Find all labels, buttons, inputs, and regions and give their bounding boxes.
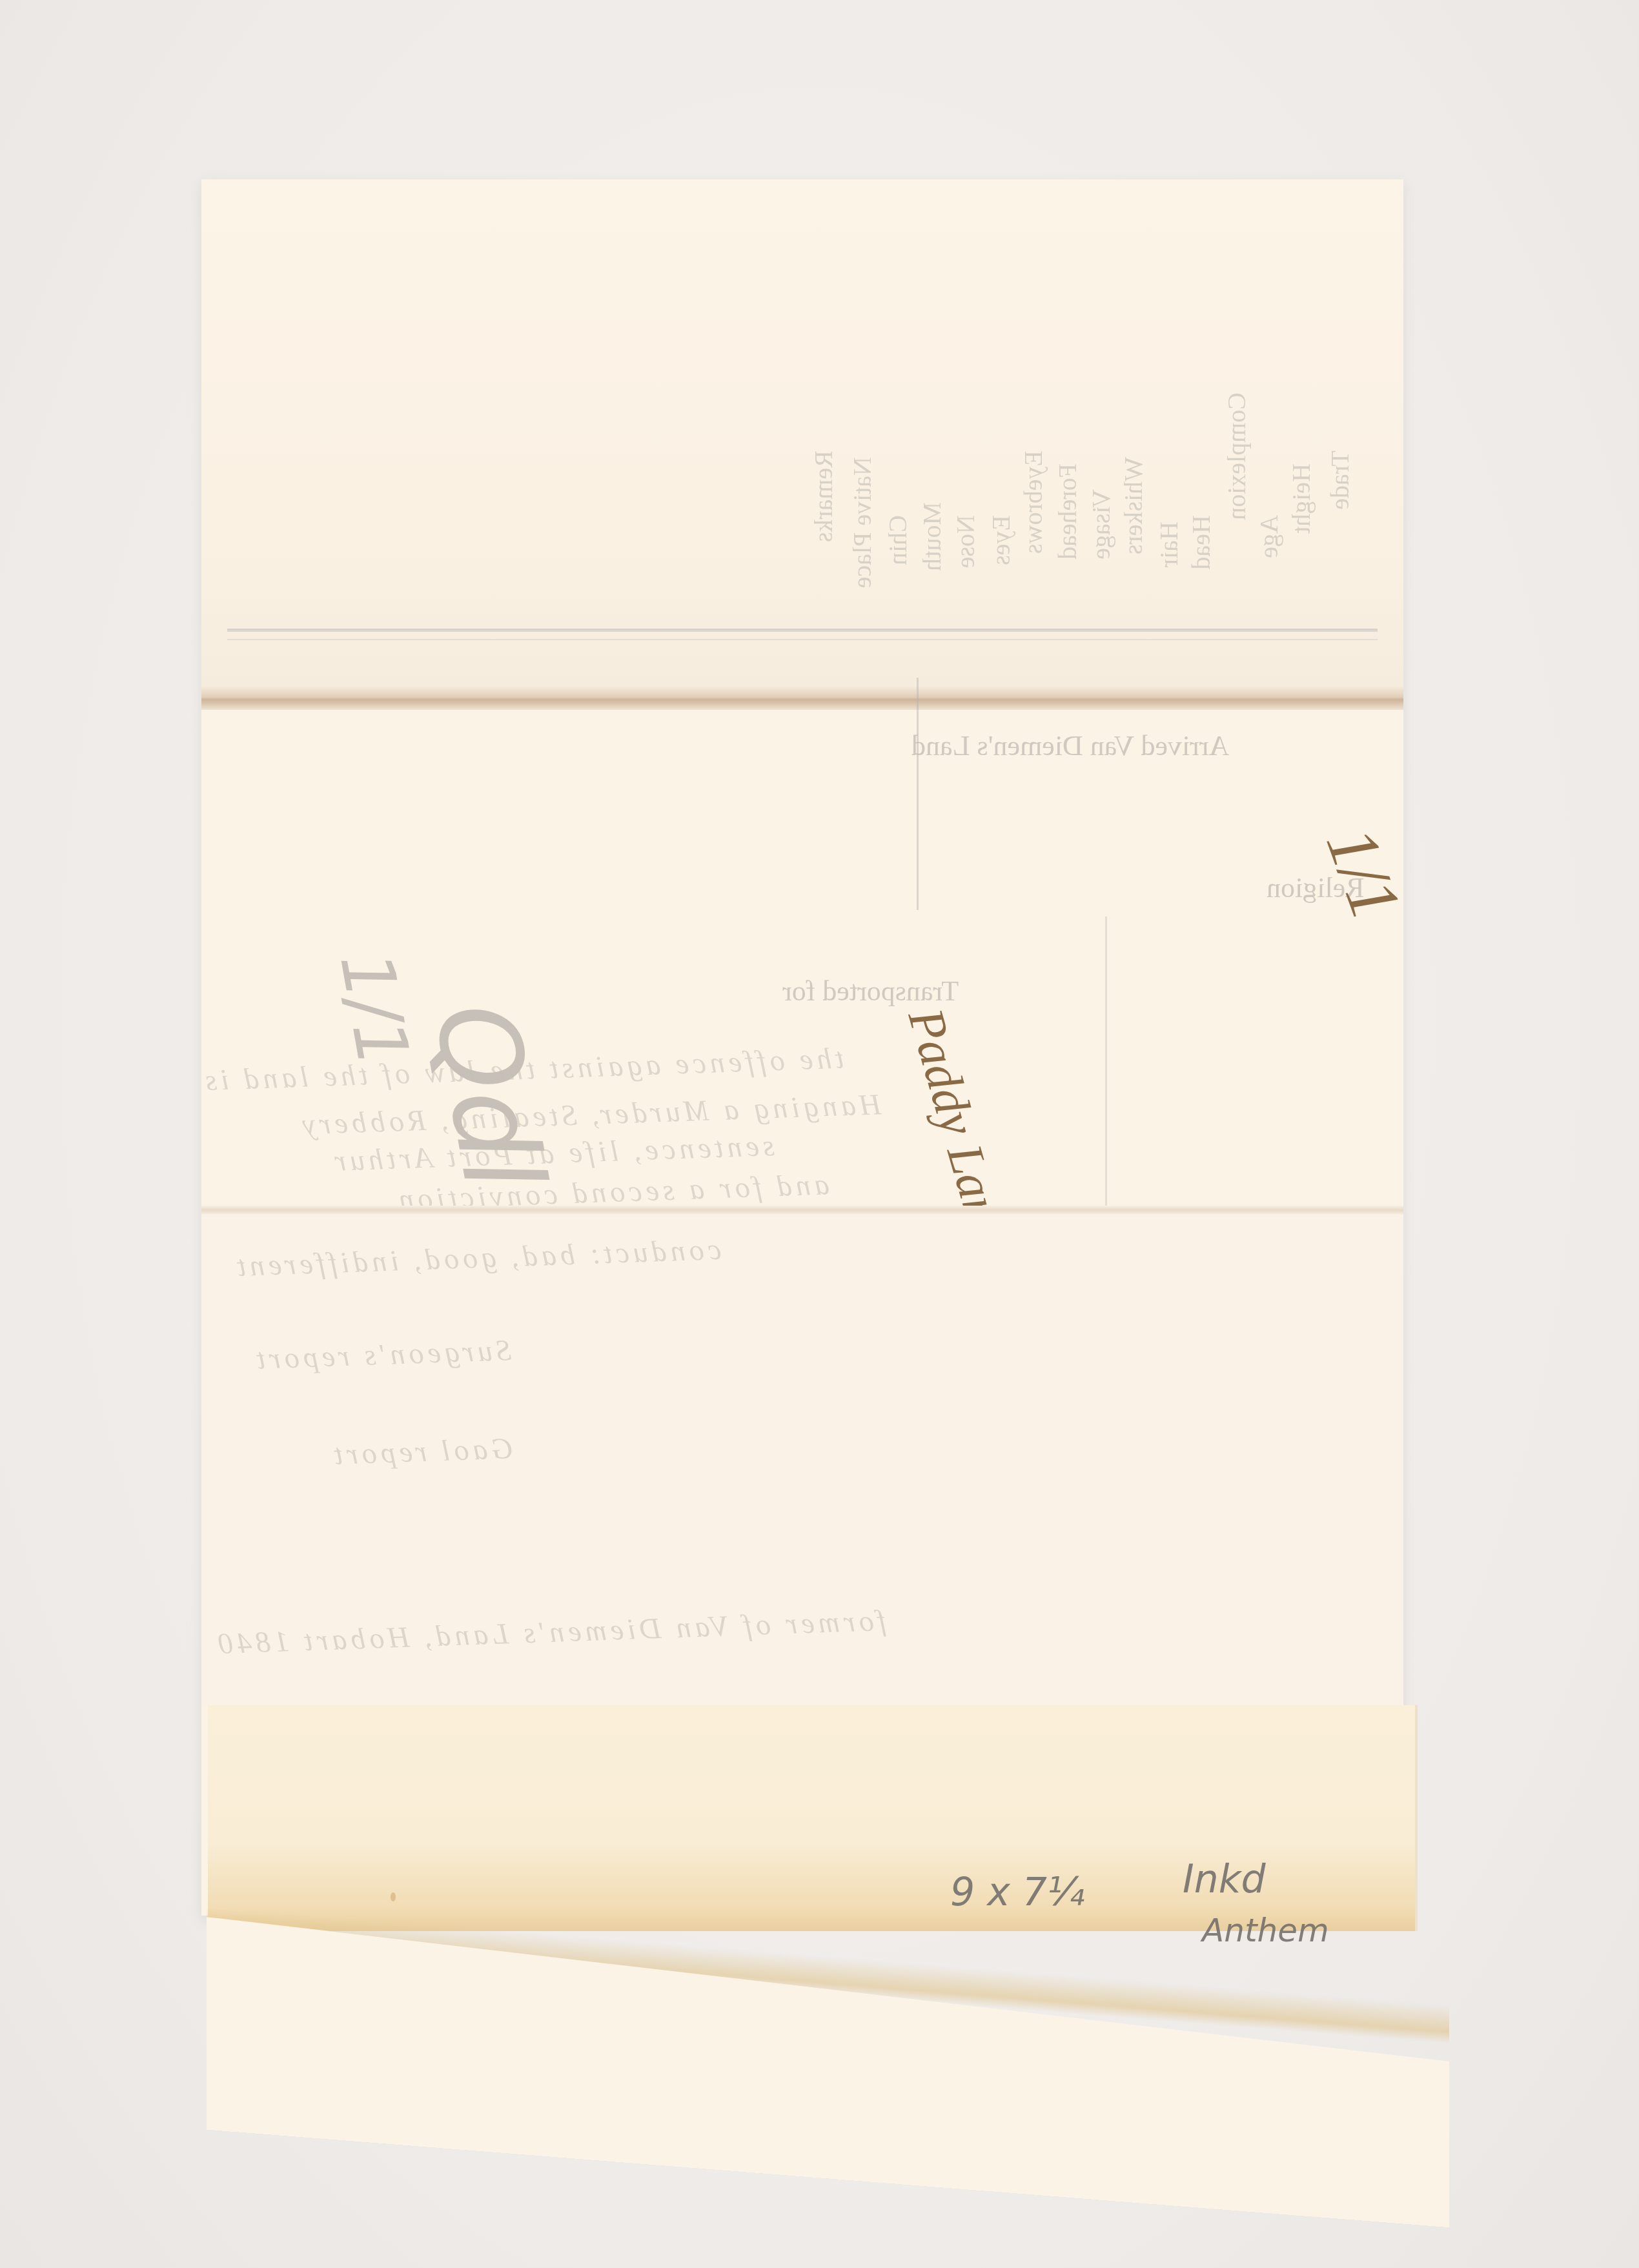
bleed-label-eyebrows: Eyebrows [1018,451,1048,554]
ghost-line: Surgeon's report [252,1333,512,1376]
pencil-measurement: 9 x 7¼ [950,1870,1084,1915]
pencil-faint-number: 1/1 [324,946,425,1073]
lower-panel: conduct: bad, good, indifferent Surgeon'… [201,1215,1403,1705]
document-sheet: Trade Height Age Complexion Head Hair Wh… [201,179,1403,1916]
table-rule [227,629,1378,632]
ghost-line: Hanging a Murder, Stealing, Robbery [298,1087,882,1141]
bleed-label-hair: Hair [1154,521,1184,567]
bleed-label-complexion: Complexion [1221,392,1252,520]
table-rule-secondary [227,639,1378,640]
ghost-line: former of Van Diemen's Land, Hobart 1840 [214,1603,886,1661]
fold-crease-lower [201,1206,1403,1215]
bleed-label-eyes: Eyes [986,515,1016,565]
bleed-label-mouth: Mouth [917,502,947,571]
fold-crease-upper [201,687,1403,710]
bleed-transported: Transported for [782,975,959,1007]
bleed-label-visage: Visage [1086,489,1116,560]
bleed-label-native-place: Native Place [847,457,877,588]
pencil-word-2: Anthem [1202,1912,1329,1949]
ghost-line: conduct: bad, good, indifferent [233,1232,722,1283]
ink-spot [391,1892,396,1901]
top-panel: Trade Height Age Complexion Head Hair Wh… [201,179,1403,696]
bleed-label-forehead: Forehead [1052,463,1083,560]
ghost-line: Gaol report [330,1431,513,1472]
bleed-label-remarks: Remarks [808,451,839,542]
ink-number: 1/1 [1310,817,1418,931]
bottom-panel: 9 x 7¼ Inkd Anthem [208,1705,1418,1931]
bleed-vertical-rule [917,678,919,910]
bleed-label-age: Age [1254,515,1284,558]
bleed-vertical-rule-2 [1105,916,1107,1220]
bleed-label-nose: Nose [950,515,981,568]
bleed-label-trade: Trade [1325,451,1355,510]
bleed-label-height: Height [1286,463,1316,534]
bleed-label-whiskers: Whiskers [1118,457,1148,554]
bleed-arrived: Arrived Van Diemen's Land [911,729,1229,762]
bleed-label-chin: Chin [882,515,913,565]
middle-panel: Arrived Van Diemen's Land Religion Trans… [201,710,1403,1207]
bleed-label-head: Head [1186,515,1216,569]
pencil-word-1: Inkd [1183,1857,1266,1902]
